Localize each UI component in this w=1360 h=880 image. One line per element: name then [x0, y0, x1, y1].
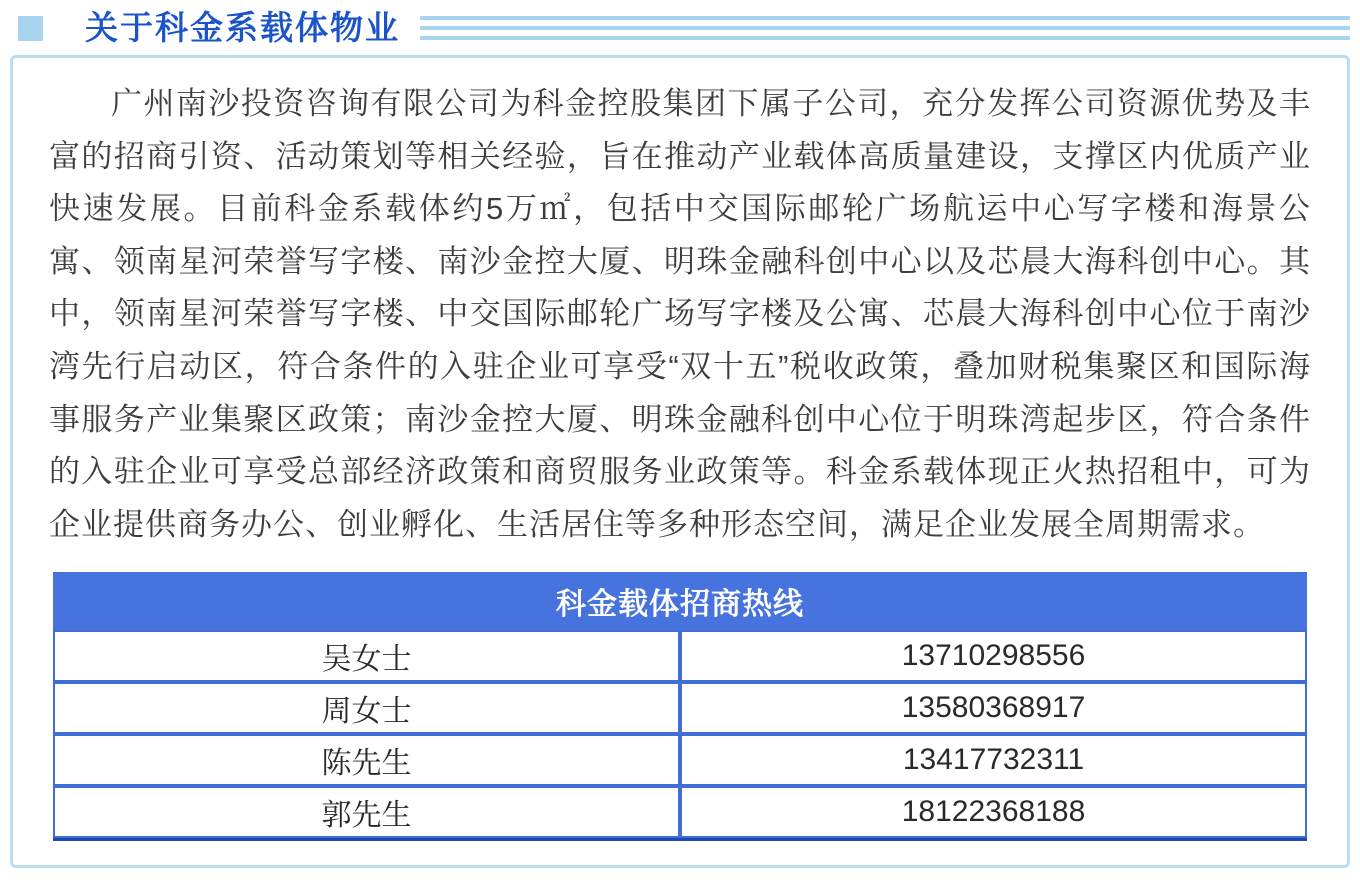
stripe-line [420, 16, 1350, 20]
contact-name-cell: 陈先生 [53, 734, 680, 786]
table-row: 郭先生 18122368188 [53, 786, 1307, 838]
contact-phone-cell: 13710298556 [680, 630, 1307, 682]
page: 关于科金系载体物业 广州南沙投资咨询有限公司为科金控股集团下属子公司，充分发挥公… [0, 0, 1360, 880]
table-row: 陈先生 13417732311 [53, 734, 1307, 786]
contact-phone-cell: 18122368188 [680, 786, 1307, 838]
content-card: 广州南沙投资咨询有限公司为科金控股集团下属子公司，充分发挥公司资源优势及丰富的招… [10, 55, 1350, 868]
square-bullet-icon [18, 16, 43, 41]
contact-phone-cell: 13580368917 [680, 682, 1307, 734]
contact-name-cell: 吴女士 [53, 630, 680, 682]
section-header: 关于科金系载体物业 [0, 9, 1350, 47]
hotline-table-title: 科金载体招商热线 [53, 572, 1307, 630]
contact-phone-cell: 13417732311 [680, 734, 1307, 786]
stripe-line [420, 36, 1350, 40]
hotline-table: 科金载体招商热线 吴女士 13710298556 周女士 13580368917… [53, 572, 1307, 841]
table-row: 周女士 13580368917 [53, 682, 1307, 734]
stripe-line [420, 26, 1350, 30]
hotline-table-header-row: 科金载体招商热线 [53, 572, 1307, 630]
page-title: 关于科金系载体物业 [85, 9, 400, 47]
table-row: 吴女士 13710298556 [53, 630, 1307, 682]
contact-name-cell: 郭先生 [53, 786, 680, 838]
decorative-stripes [420, 16, 1350, 40]
contact-name-cell: 周女士 [53, 682, 680, 734]
article-paragraph: 广州南沙投资咨询有限公司为科金控股集团下属子公司，充分发挥公司资源优势及丰富的招… [49, 78, 1311, 551]
